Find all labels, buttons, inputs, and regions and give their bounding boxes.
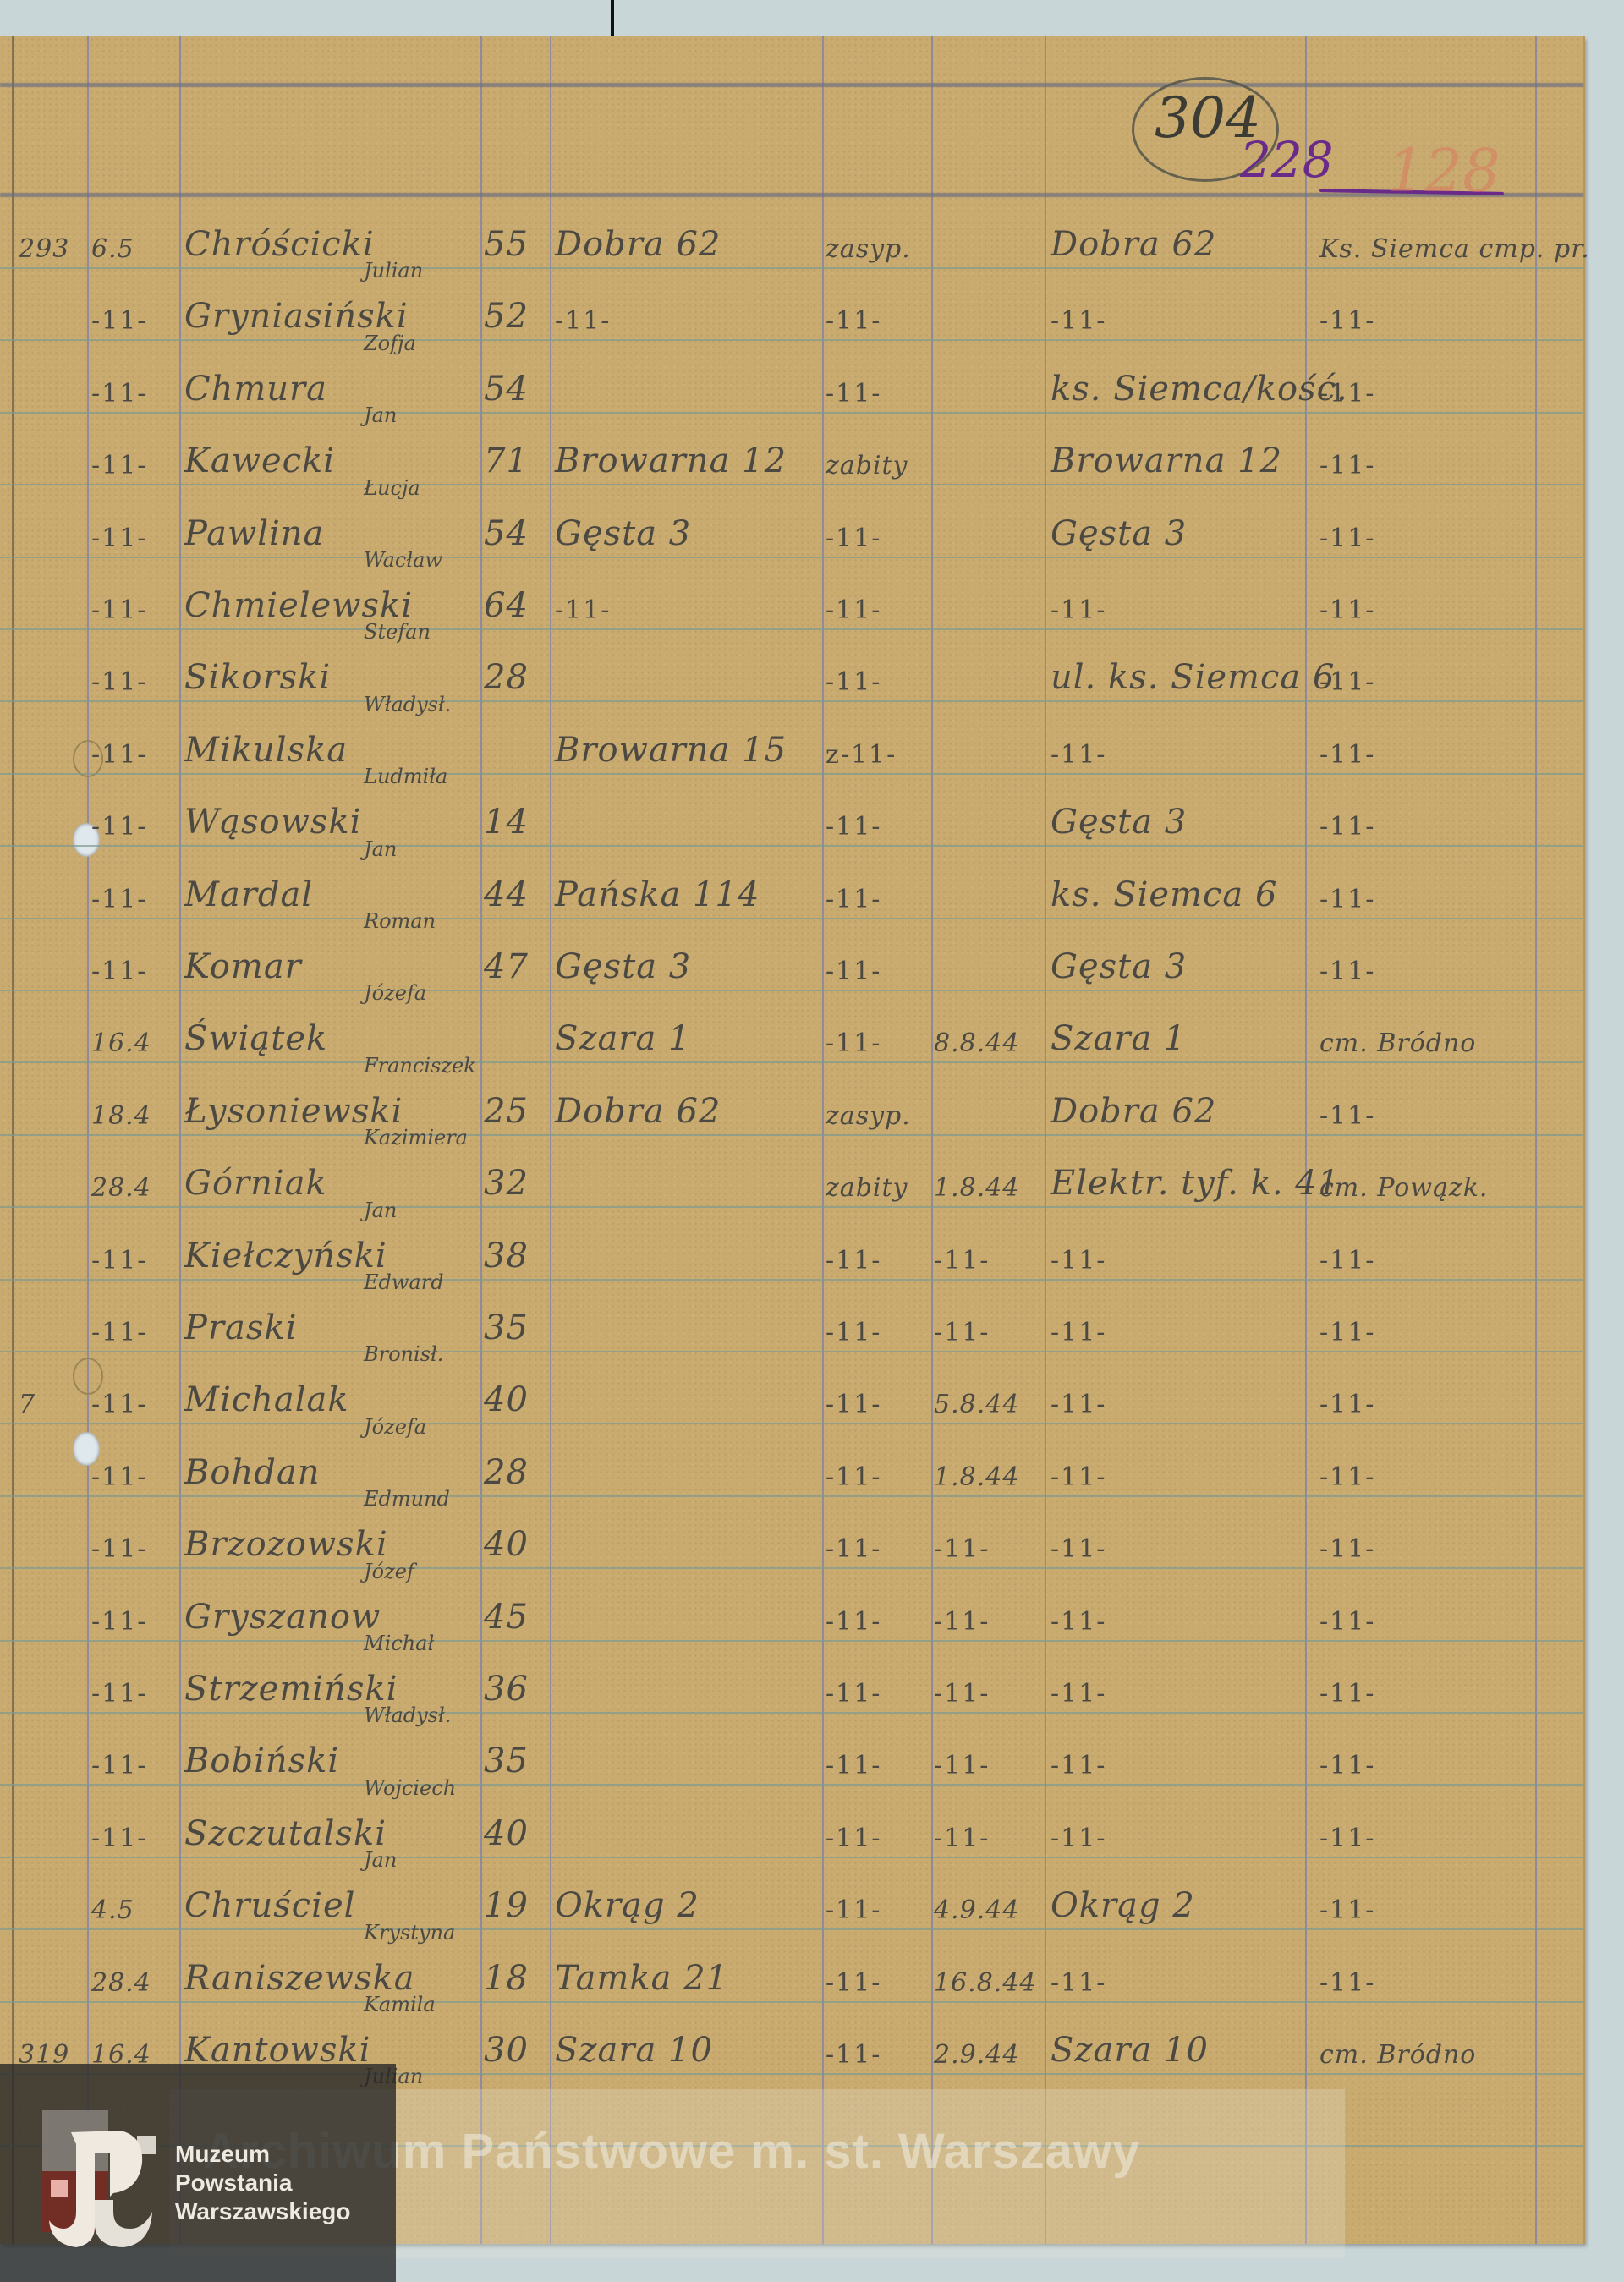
page-number-faded: 128 <box>1387 136 1501 206</box>
cell-surname: Bobiński <box>184 1742 339 1780</box>
cell-given-name: Kazimiera <box>364 1126 468 1149</box>
cell-address: Szara 1 <box>555 1019 690 1058</box>
cell-place-found: -11- <box>1051 1824 1106 1853</box>
cell-burial: -11- <box>1319 306 1375 336</box>
table-row: -11-Kawecki71Browarna 12zabityBrowarna 1… <box>0 414 1583 485</box>
cell-age: 36 <box>484 1670 529 1709</box>
cell-address: Gęsta 3 <box>555 947 691 986</box>
cell-status: -11- <box>826 595 881 625</box>
cell-surname: Szczutalski <box>184 1814 387 1853</box>
cell-address: Pańska 114 <box>555 875 760 914</box>
cell-date: -11- <box>91 595 147 625</box>
cell-surname: Strzemiński <box>184 1670 398 1709</box>
table-row: -11-Gryszanow45-11--11--11--11-Józef <box>0 1570 1583 1642</box>
cell-date: -11- <box>91 1607 147 1637</box>
cell-address: Browarna 12 <box>555 442 787 480</box>
table-row: -11-Mardal44Pańska 114-11-ks. Siemca 6-1… <box>0 848 1583 919</box>
cell-burial: -11- <box>1319 524 1375 553</box>
table-row: 28.4Górniak32zabity1.8.44Elektr. tyf. k.… <box>0 1136 1583 1208</box>
museum-name-line1: Muzeum <box>175 2140 350 2169</box>
cell-age: 40 <box>484 1525 529 1564</box>
cell-status: zasyp. <box>826 1101 911 1131</box>
cell-age: 45 <box>484 1598 529 1637</box>
cell-burial: -11- <box>1319 1824 1375 1853</box>
cell-status: -11- <box>826 2040 881 2070</box>
cell-place-found: Szara 10 <box>1051 2031 1209 2070</box>
cell-death-date: 1.8.44 <box>934 1173 1019 1203</box>
cell-date: -11- <box>91 1318 147 1347</box>
cell-place-found: ul. ks. Siemca 6 <box>1051 658 1335 697</box>
cell-date: -11- <box>91 1462 147 1492</box>
cell-status: -11- <box>826 1029 881 1058</box>
cell-given-name: Zofja <box>364 332 416 355</box>
cell-death-date: -11- <box>934 1824 990 1853</box>
cell-burial: -11- <box>1319 1679 1375 1709</box>
cell-age: 47 <box>484 947 529 986</box>
cell-status: -11- <box>826 1607 881 1637</box>
cell-burial: cm. Bródno <box>1319 1029 1476 1058</box>
cell-death-date: 1.8.44 <box>934 1462 1019 1492</box>
table-row: -11-Komar47Gęsta 3-11-Gęsta 3-11-Roman <box>0 919 1583 991</box>
cell-surname: Sikorski <box>184 658 331 697</box>
cell-death-date: -11- <box>934 1246 990 1275</box>
cell-place-found: Szara 1 <box>1051 1019 1186 1058</box>
cell-status: -11- <box>826 306 881 336</box>
cell-age: 54 <box>484 370 529 409</box>
cell-place-found: Gęsta 3 <box>1051 514 1187 553</box>
cell-status: zasyp. <box>826 234 911 264</box>
cell-surname: Praski <box>184 1308 297 1347</box>
table-row: -11-Praski35-11--11--11--11-Edward <box>0 1281 1583 1352</box>
cell-burial: cm. Powązk. <box>1319 1173 1488 1203</box>
cell-burial: -11- <box>1319 1246 1375 1275</box>
cell-place-found: -11- <box>1051 1751 1106 1780</box>
cell-given-name: Józefa <box>364 981 426 1005</box>
cell-place-found: -11- <box>1051 306 1106 336</box>
cell-age: 54 <box>484 514 529 553</box>
cell-given-name: Edmund <box>364 1487 450 1511</box>
cell-given-name: Jan <box>364 1199 397 1222</box>
cell-age: 64 <box>484 586 529 625</box>
cell-burial: cm. Bródno <box>1319 2040 1476 2070</box>
cell-place-found: Elektr. tyf. k. 41 <box>1051 1164 1340 1203</box>
cell-status: zabity <box>826 451 908 480</box>
cell-address: Szara 10 <box>555 2031 713 2070</box>
table-row: 7-11-Michalak40-11-5.8.44-11--11-Bronisł… <box>0 1352 1583 1424</box>
cell-date: 4.5 <box>91 1895 134 1925</box>
cell-date: -11- <box>91 957 147 986</box>
cell-date: -11- <box>91 306 147 336</box>
cell-place-found: Gęsta 3 <box>1051 803 1187 842</box>
table-row: -11-Szczutalski40-11--11--11--11-Wojciec… <box>0 1786 1583 1858</box>
cell-place-found: Okrąg 2 <box>1051 1886 1195 1925</box>
register-page: 304 228 128 2936.5Chróścicki55Dobra 62za… <box>0 36 1585 2244</box>
table-row: 16.4ŚwiątekSzara 1-11-8.8.44Szara 1cm. B… <box>0 991 1583 1063</box>
cell-given-name: Julian <box>364 259 423 283</box>
cell-status: -11- <box>826 1390 881 1419</box>
cell-age: 55 <box>484 225 529 264</box>
cell-surname: Pawlina <box>184 514 324 553</box>
cell-date: -11- <box>91 885 147 914</box>
cell-place-found: ks. Siemca 6 <box>1051 875 1277 914</box>
cell-date: -11- <box>91 1534 147 1564</box>
scan-edge-marker <box>611 0 614 36</box>
cell-status: -11- <box>826 885 881 914</box>
museum-name-line2: Powstania <box>175 2169 350 2197</box>
cell-age: 30 <box>484 2031 529 2070</box>
cell-status: -11- <box>826 1679 881 1709</box>
cell-date: 28.4 <box>91 1968 151 1998</box>
cell-burial: -11- <box>1319 812 1375 842</box>
cell-place-found: ks. Siemca/kość. <box>1051 370 1348 409</box>
cell-age: 40 <box>484 1380 529 1419</box>
cell-given-name: Józef <box>364 1560 414 1583</box>
cell-status: -11- <box>826 1824 881 1853</box>
cell-age: 28 <box>484 658 529 697</box>
table-row: -11-Bohdan28-11-1.8.44-11--11-Józefa <box>0 1425 1583 1497</box>
table-row: 2936.5Chróścicki55Dobra 62zasyp.Dobra 62… <box>0 197 1583 269</box>
table-row: 28.4Raniszewska18Tamka 21-11-16.8.44-11-… <box>0 1931 1583 2003</box>
table-row: -11-Chmura54-11-ks. Siemca/kość.-11-Zofj… <box>0 342 1583 414</box>
cell-date: -11- <box>91 1824 147 1853</box>
cell-place-found: -11- <box>1051 1390 1106 1419</box>
cell-surname: Brzozowski <box>184 1525 388 1564</box>
cell-burial: -11- <box>1319 595 1375 625</box>
cell-place-found: Dobra 62 <box>1051 225 1216 264</box>
cell-address: Okrąg 2 <box>555 1886 700 1925</box>
cell-given-name: Franciszek <box>364 1054 476 1078</box>
cell-death-date: 8.8.44 <box>934 1029 1019 1058</box>
cell-status: -11- <box>826 1895 881 1925</box>
cell-surname: Bohdan <box>184 1453 320 1492</box>
cell-burial: -11- <box>1319 1895 1375 1925</box>
cell-surname: Kawecki <box>184 442 335 480</box>
cell-age: 40 <box>484 1814 529 1853</box>
cell-given-name: Krystyna <box>364 1921 455 1945</box>
cell-status: -11- <box>826 1246 881 1275</box>
cell-surname: Gryniasiński <box>184 297 409 336</box>
cell-date: 16.4 <box>91 1029 151 1058</box>
cell-burial: -11- <box>1319 885 1375 914</box>
cell-place-found: Browarna 12 <box>1051 442 1282 480</box>
cell-death-date: -11- <box>934 1751 990 1780</box>
cell-place-found: -11- <box>1051 1246 1106 1275</box>
cell-given-name: Roman <box>364 909 436 933</box>
cell-death-date: -11- <box>934 1318 990 1347</box>
cell-surname: Gryszanow <box>184 1598 381 1637</box>
cell-place-found: -11- <box>1051 1968 1106 1998</box>
cell-burial: -11- <box>1319 667 1375 697</box>
cell-burial: -11- <box>1319 1751 1375 1780</box>
cell-age: 32 <box>484 1164 529 1203</box>
cell-date: 18.4 <box>91 1101 151 1131</box>
cell-status: -11- <box>826 667 881 697</box>
cell-age: 28 <box>484 1453 529 1492</box>
cell-burial: -11- <box>1319 740 1375 770</box>
cell-surname: Raniszewska <box>184 1959 415 1998</box>
table-row: -11-Pawlina54Gęsta 3-11-Gęsta 3-11-Łucja <box>0 486 1583 558</box>
cell-place-found: -11- <box>1051 1318 1106 1347</box>
cell-date: -11- <box>91 1246 147 1275</box>
cell-age: 18 <box>484 1959 529 1998</box>
cell-burial: -11- <box>1319 1101 1375 1131</box>
cell-given-name: Bronisł. <box>364 1342 443 1366</box>
cell-burial: -11- <box>1319 1607 1375 1637</box>
table-row: 4.5Chruściel19Okrąg 2-11-4.9.44Okrąg 2-1… <box>0 1858 1583 1930</box>
table-row: -11-Sikorski28-11-ul. ks. Siemca 6-11-St… <box>0 630 1583 702</box>
cell-address: Tamka 21 <box>555 1959 728 1998</box>
cell-given-name: Łucja <box>364 476 420 500</box>
cell-burial: -11- <box>1319 1390 1375 1419</box>
cell-status: -11- <box>826 1534 881 1564</box>
cell-burial: -11- <box>1319 379 1375 409</box>
cell-status: zabity <box>826 1173 908 1203</box>
cell-address: Browarna 15 <box>555 731 787 770</box>
cell-status: -11- <box>826 812 881 842</box>
cell-address: -11- <box>555 595 611 625</box>
cell-place-found: -11- <box>1051 1534 1106 1564</box>
cell-status: -11- <box>826 1968 881 1998</box>
cell-surname: Wąsowski <box>184 803 361 842</box>
cell-given-name: Wacław <box>364 548 442 572</box>
cell-date: -11- <box>91 667 147 697</box>
cell-status: -11- <box>826 957 881 986</box>
cell-given-name: Józefa <box>364 1415 426 1439</box>
cell-surname: Łysoniewski <box>184 1092 403 1131</box>
cell-surname: Górniak <box>184 1164 327 1203</box>
cell-no: 7 <box>19 1390 36 1419</box>
table-row: -11-Strzemiński36-11--11--11--11-Michał <box>0 1642 1583 1714</box>
cell-status: -11- <box>826 1751 881 1780</box>
cell-address: Dobra 62 <box>555 1092 721 1131</box>
cell-given-name: Wojciech <box>364 1776 456 1800</box>
cell-given-name: Stefan <box>364 620 431 644</box>
cell-given-name: Jan <box>364 403 397 427</box>
cell-death-date: 5.8.44 <box>934 1390 1019 1419</box>
table-row: -11-Brzozowski40-11--11--11--11-Edmund <box>0 1497 1583 1569</box>
cell-given-name: Michał <box>364 1632 434 1655</box>
table-row: -11-Chmielewski64-11--11--11--11-Wacław <box>0 558 1583 630</box>
cell-age: 52 <box>484 297 529 336</box>
cell-surname: Michalak <box>184 1380 349 1419</box>
cell-date: 28.4 <box>91 1173 151 1203</box>
header-rule-top <box>0 83 1583 87</box>
cell-surname: Komar <box>184 947 302 986</box>
table-row: -11-Gryniasiński52-11--11--11--11-Julian <box>0 269 1583 341</box>
cell-date: -11- <box>91 524 147 553</box>
cell-status: -11- <box>826 1318 881 1347</box>
table-row: -11-Kiełczyński38-11--11--11--11-Jan <box>0 1209 1583 1281</box>
cell-given-name: Edward <box>364 1270 444 1294</box>
cell-age: 25 <box>484 1092 529 1131</box>
cell-status: -11- <box>826 379 881 409</box>
cell-surname: Chmura <box>184 370 327 409</box>
cell-burial: -11- <box>1319 1968 1375 1998</box>
cell-date: -11- <box>91 379 147 409</box>
table-row: -11-MikulskaBrowarna 15z-11--11--11-Wład… <box>0 703 1583 775</box>
cell-place-found: -11- <box>1051 1679 1106 1709</box>
cell-address: Gęsta 3 <box>555 514 691 553</box>
cell-given-name: Kamila <box>364 1993 436 2016</box>
cell-age: 19 <box>484 1886 529 1925</box>
cell-date: -11- <box>91 451 147 480</box>
cell-date: 6.5 <box>91 234 134 264</box>
cell-status: z-11- <box>826 740 897 770</box>
page-number-purple: 228 <box>1240 131 1334 189</box>
cell-surname: Chróścicki <box>184 225 375 264</box>
cell-death-date: 4.9.44 <box>934 1895 1019 1925</box>
cell-given-name: Władysł. <box>364 1703 451 1727</box>
cell-date: -11- <box>91 1390 147 1419</box>
cell-death-date: -11- <box>934 1607 990 1637</box>
cell-burial: -11- <box>1319 1318 1375 1347</box>
cell-date: -11- <box>91 740 147 770</box>
cell-surname: Mikulska <box>184 731 348 770</box>
cell-death-date: -11- <box>934 1679 990 1709</box>
cell-status: -11- <box>826 524 881 553</box>
cell-surname: Mardal <box>184 875 313 914</box>
museum-name: Muzeum Powstania Warszawskiego <box>175 2140 350 2226</box>
table-row: -11-Bobiński35-11--11--11--11-Władysł. <box>0 1714 1583 1786</box>
cell-given-name: Jan <box>364 837 397 861</box>
cell-date: -11- <box>91 1751 147 1780</box>
cell-place-found: Dobra 62 <box>1051 1092 1216 1131</box>
cell-place-found: -11- <box>1051 595 1106 625</box>
cell-status: -11- <box>826 1462 881 1492</box>
cell-burial: -11- <box>1319 451 1375 480</box>
cell-death-date: -11- <box>934 1534 990 1564</box>
cell-date: -11- <box>91 1679 147 1709</box>
cell-place-found: Gęsta 3 <box>1051 947 1187 986</box>
cell-age: 35 <box>484 1308 529 1347</box>
cell-burial: -11- <box>1319 1462 1375 1492</box>
table-row: -11-Wąsowski14-11-Gęsta 3-11-Ludmiła <box>0 775 1583 847</box>
museum-name-line3: Warszawskiego <box>175 2197 350 2226</box>
cell-given-name: Władysł. <box>364 693 451 716</box>
cell-no: 293 <box>19 234 69 264</box>
cell-place-found: -11- <box>1051 1607 1106 1637</box>
cell-age: 14 <box>484 803 529 842</box>
cell-address: Dobra 62 <box>555 225 721 264</box>
cell-age: 44 <box>484 875 529 914</box>
cell-given-name: Jan <box>364 1848 397 1872</box>
cell-burial: Ks. Siemca cmp. pr. <box>1319 234 1590 264</box>
cell-burial: -11- <box>1319 1534 1375 1564</box>
cell-burial: -11- <box>1319 957 1375 986</box>
kotwica-anchor-icon <box>42 2102 161 2254</box>
cell-death-date: 2.9.44 <box>934 2040 1019 2070</box>
cell-age: 35 <box>484 1742 529 1780</box>
cell-surname: Świątek <box>184 1019 327 1058</box>
cell-age: 71 <box>484 442 529 480</box>
cell-given-name: Ludmiła <box>364 765 447 788</box>
cell-place-found: -11- <box>1051 740 1106 770</box>
cell-age: 38 <box>484 1237 529 1275</box>
cell-surname: Chmielewski <box>184 586 413 625</box>
cell-surname: Chruściel <box>184 1886 355 1925</box>
cell-death-date: 16.8.44 <box>934 1968 1037 1998</box>
cell-address: -11- <box>555 306 611 336</box>
cell-place-found: -11- <box>1051 1462 1106 1492</box>
table-row: 18.4Łysoniewski25Dobra 62zasyp.Dobra 62-… <box>0 1064 1583 1136</box>
cell-date: -11- <box>91 812 147 842</box>
cell-surname: Kiełczyński <box>184 1237 387 1275</box>
